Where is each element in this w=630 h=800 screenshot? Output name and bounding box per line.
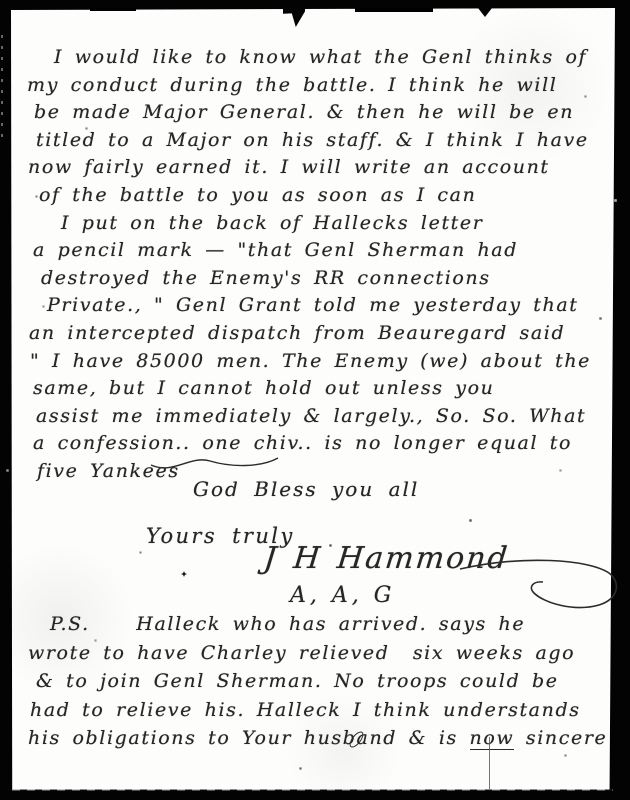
body-line: be made Major General. & then he will be…	[34, 99, 627, 127]
body-line: Private., " Genl Grant told me yesterday…	[47, 292, 627, 320]
body-line: titled to a Major on his staff. & I thin…	[36, 127, 627, 155]
postscript-text: sincere	[514, 727, 607, 749]
body-line: assist me immediately & largely., So. So…	[36, 403, 627, 431]
body-line: " I have 85000 men. The Enemy (we) about…	[30, 348, 627, 376]
signature-title: A, A, G	[290, 583, 395, 608]
body-line: I would like to know what the Genl think…	[54, 44, 627, 72]
postscript-line: wrote to have Charley relieved six weeks…	[28, 639, 628, 668]
letter-body: I would like to know what the Genl think…	[27, 44, 627, 486]
scanned-letter: I would like to know what the Genl think…	[0, 0, 630, 800]
body-line: a confession.. one chiv.. is no longer e…	[33, 430, 627, 458]
body-line: destroyed the Enemy's RR connections	[41, 265, 627, 293]
postscript-text: his obligations to Your husband & is	[28, 727, 470, 749]
body-line: I put on the back of Hallecks letter	[61, 210, 627, 238]
body-line: my conduct during the battle. I think he…	[27, 72, 627, 100]
scan-background: { "letter": { "body_lines": [ "I would l…	[0, 0, 630, 800]
torn-edge-bump	[355, 8, 433, 12]
underlined-word: now	[470, 727, 515, 750]
body-line: of the battle to you as soon as I can	[39, 182, 627, 210]
pen-flourish	[148, 451, 283, 477]
body-line: an intercepted dispatch from Beauregard …	[29, 320, 627, 348]
body-line: a pencil mark — "that Genl Sherman had	[33, 237, 627, 265]
body-line: same, but I cannot hold out unless you	[33, 375, 627, 403]
bottom-scan-edge	[12, 789, 613, 791]
scan-speckles	[0, 0, 1, 1]
paper-crease	[489, 737, 490, 789]
postscript-line: had to relieve his. Halleck I think unde…	[30, 696, 628, 725]
postscript-block: P.S. Halleck who has arrived. says he wr…	[28, 610, 628, 753]
postscript-line: & to join Genl Sherman. No troops could …	[36, 667, 628, 696]
torn-edge-bump	[90, 8, 136, 11]
body-line: now fairly earned it. I will write an ac…	[28, 154, 627, 182]
left-scan-dashes	[1, 35, 3, 145]
blessing-line: God Bless you all	[193, 477, 419, 501]
postscript-line: P.S. Halleck who has arrived. says he	[50, 610, 628, 639]
postscript-line: his obligations to Your husband & is now…	[28, 724, 628, 753]
